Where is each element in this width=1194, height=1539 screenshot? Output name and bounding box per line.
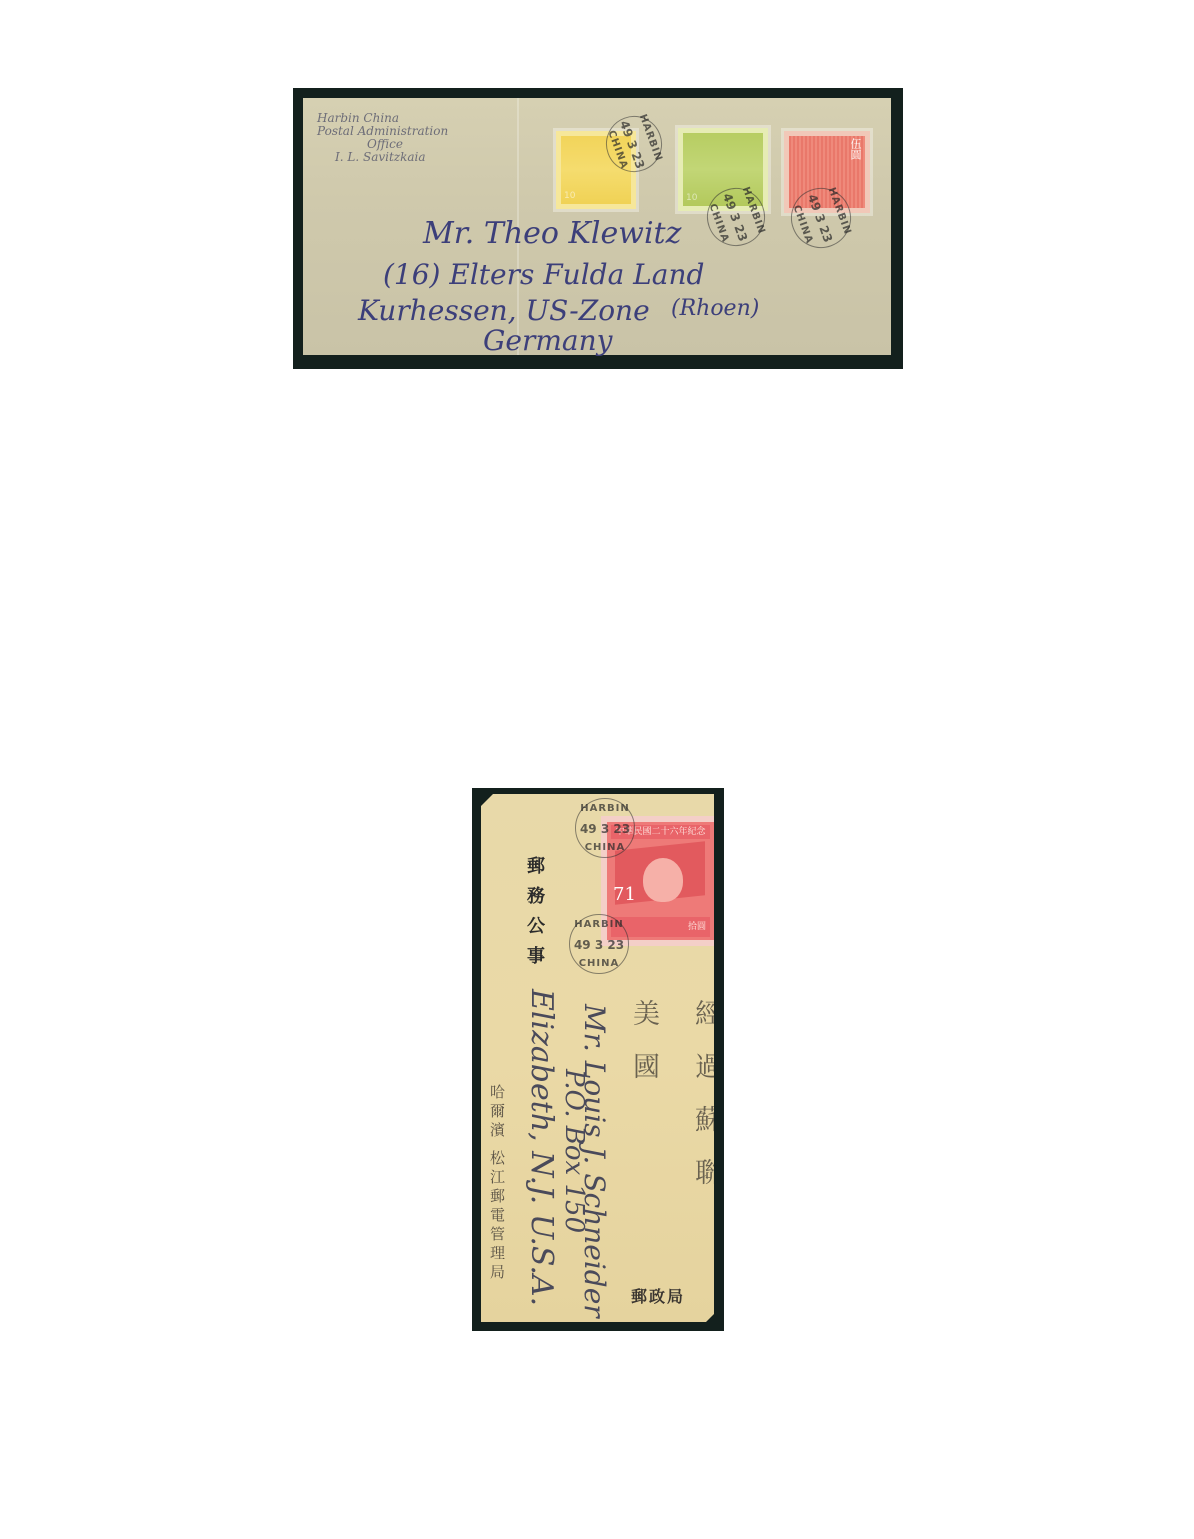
address-line: Germany bbox=[483, 324, 612, 357]
sender-line: I. L. Savitzkaia bbox=[317, 151, 448, 164]
postmark-city: HARBIN bbox=[576, 803, 634, 814]
postmark-country: CHINA bbox=[570, 958, 628, 969]
stamp-value: 10 bbox=[686, 193, 697, 203]
postmark-country: CHINA bbox=[576, 842, 634, 853]
postmark: HARBIN 49 3 23 CHINA bbox=[569, 914, 629, 974]
postmark: HARBIN 49 3 23 CHINA bbox=[575, 798, 635, 858]
stamp-value: 伍圓 bbox=[847, 138, 863, 160]
cover-germany: Harbin China Postal Administration Offic… bbox=[293, 88, 903, 369]
address-line: (Rhoen) bbox=[671, 296, 759, 321]
stamp-value: 10 bbox=[564, 191, 575, 201]
envelope-paper: 郵務公事 中華民國二十六年紀念 拾圓 71 HARBIN 49 3 23 CHI… bbox=[481, 794, 714, 1322]
postmark-date: 49 3 23 bbox=[576, 822, 634, 836]
portrait-graphic bbox=[643, 858, 683, 902]
address-line: (16) Elters Fulda Land bbox=[383, 258, 704, 291]
official-business-mark: 郵務公事 bbox=[521, 856, 547, 976]
address-line: P.O. Box 150 bbox=[559, 1069, 589, 1233]
chinese-destination-text: 美國 bbox=[624, 999, 663, 1105]
envelope-paper: Harbin China Postal Administration Offic… bbox=[303, 98, 891, 355]
sender-block: Harbin China Postal Administration Offic… bbox=[317, 112, 448, 164]
post-office-label: 郵政局 bbox=[631, 1284, 685, 1307]
cover-usa: 郵務公事 中華民國二十六年紀念 拾圓 71 HARBIN 49 3 23 CHI… bbox=[472, 788, 724, 1331]
sender-chinese: 哈爾濱 松江郵電管理局 bbox=[487, 1084, 508, 1283]
address-line: Mr. Theo Klewitz bbox=[423, 216, 681, 251]
address-line: Elizabeth, N.J. U.S.A. bbox=[524, 989, 559, 1306]
postmark-city: HARBIN bbox=[570, 919, 628, 930]
stamp-side-number: 71 bbox=[613, 884, 636, 905]
chinese-route-text: 經過蘇聯 bbox=[686, 999, 725, 1211]
address-line: Kurhessen, US-Zone bbox=[358, 294, 650, 327]
postmark-date: 49 3 23 bbox=[570, 938, 628, 952]
